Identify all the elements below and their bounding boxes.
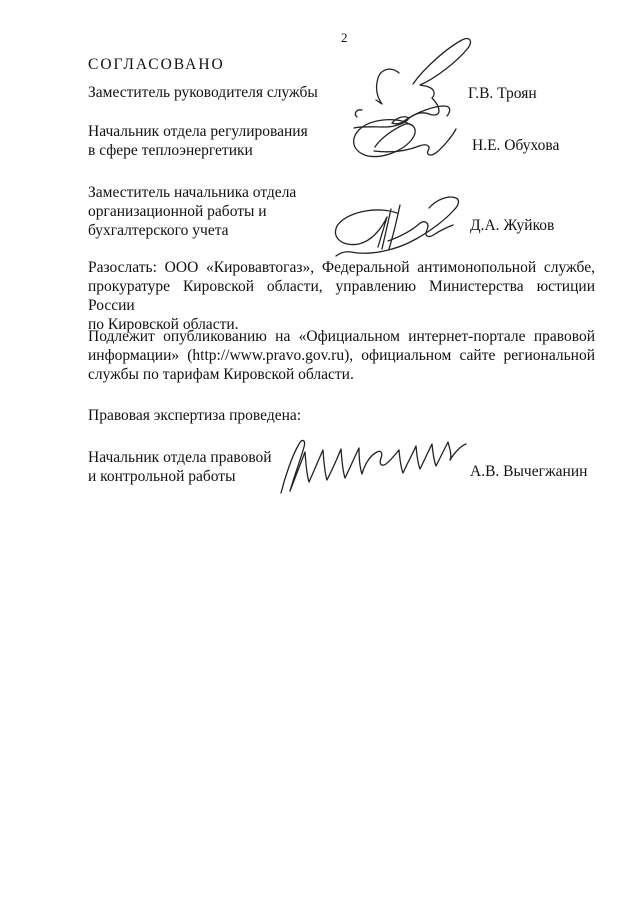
signoff-name-1: Г.В. Троян	[468, 84, 537, 103]
signature-obukhova-icon	[354, 106, 456, 157]
signoff-title-1: Заместитель руководителя службы	[88, 83, 318, 102]
signature-vychegzhanin-icon	[281, 440, 466, 493]
legal-expertise-heading: Правовая экспертиза проведена:	[88, 406, 301, 425]
paragraph-line: прокуратуре Кировской области, управлени…	[88, 277, 595, 315]
signoff-name-3: Д.А. Жуйков	[470, 216, 554, 235]
paragraph-line: информации» (http://www.pravo.gov.ru), о…	[88, 346, 595, 365]
signoff-title-line: организационной работы и	[88, 202, 296, 221]
distribution-paragraph: Разослать: ООО «Кировавтогаз», Федеральн…	[88, 258, 595, 334]
paragraph-line: Разослать: ООО «Кировавтогаз», Федеральн…	[88, 258, 595, 277]
signature-troyan-icon	[354, 39, 470, 128]
signoff-title-line: Заместитель руководителя службы	[88, 83, 318, 102]
page-number: 2	[341, 28, 348, 47]
signoff-title-line: бухгалтерского учета	[88, 221, 296, 240]
signoff-name-2: Н.Е. Обухова	[472, 136, 559, 155]
approved-heading: СОГЛАСОВАНО	[88, 55, 225, 74]
legal-name: А.В. Вычегжанин	[470, 462, 587, 481]
signoff-title-3: Заместитель начальника отдела организаци…	[88, 183, 296, 240]
signoff-title-line: Начальник отдела регулирования	[88, 122, 308, 141]
document-page: 2 СОГЛАСОВАНО Заместитель руководителя с…	[0, 0, 640, 905]
legal-title: Начальник отдела правовой и контрольной …	[88, 448, 272, 486]
signature-zhuykov-icon	[335, 197, 458, 256]
publication-paragraph: Подлежит опубликованию на «Официальном и…	[88, 327, 595, 384]
signoff-title-line: Заместитель начальника отдела	[88, 183, 296, 202]
legal-title-line: Начальник отдела правовой	[88, 448, 272, 467]
legal-title-line: и контрольной работы	[88, 467, 272, 486]
paragraph-line: Подлежит опубликованию на «Официальном и…	[88, 327, 595, 346]
signoff-title-2: Начальник отдела регулирования в сфере т…	[88, 122, 308, 160]
signoff-title-line: в сфере теплоэнергетики	[88, 141, 308, 160]
paragraph-line: службы по тарифам Кировской области.	[88, 365, 595, 384]
